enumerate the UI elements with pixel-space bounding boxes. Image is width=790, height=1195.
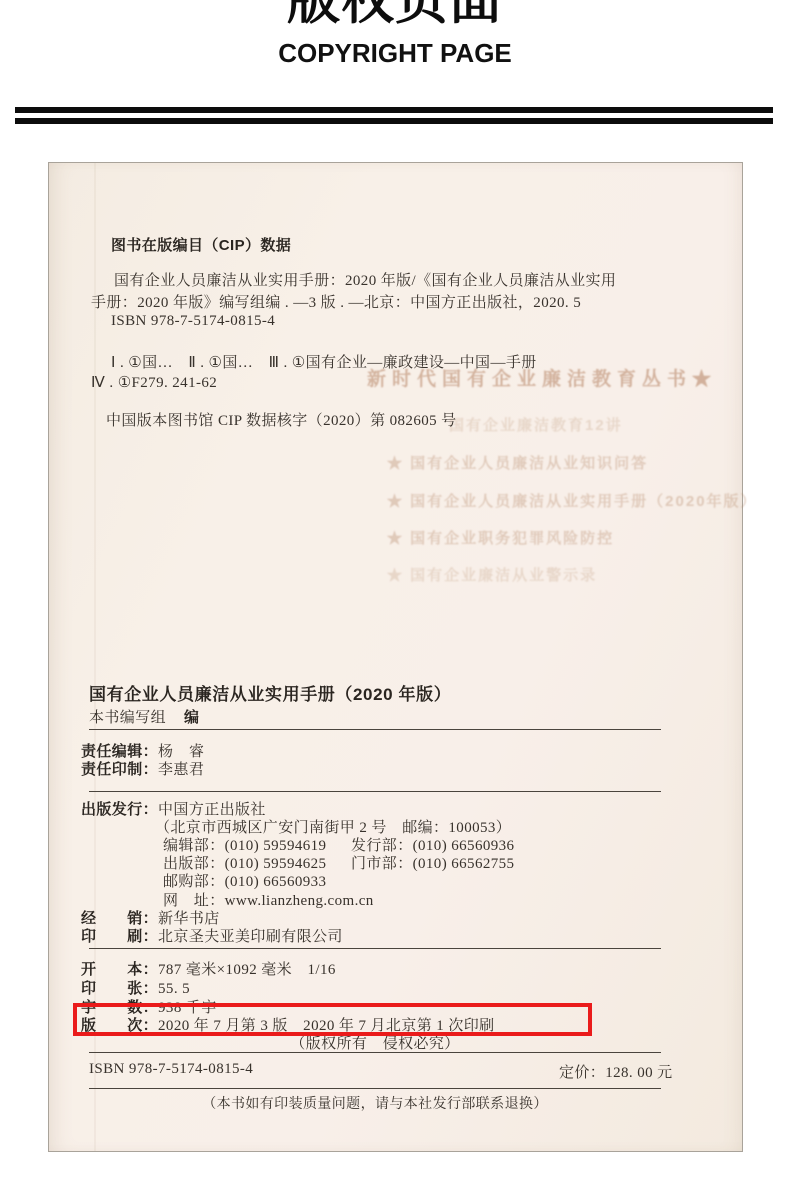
- price-value: 定价：128. 00 元: [559, 1061, 673, 1082]
- printer-value: 北京圣夫亚美印刷有限公司: [158, 929, 343, 945]
- isbn-number: ISBN 978-7-5174-0815-4: [89, 1061, 253, 1077]
- copyright-page-photo: 新时代国有企业廉洁教育丛书★ 国有企业廉洁教育12讲 ★ 国有企业人员廉洁从业知…: [48, 162, 743, 1152]
- ghost-line: ★ 国有企业人员廉洁从业知识问答: [387, 452, 648, 473]
- horizontal-rule: [89, 729, 661, 730]
- ghost-line: ★ 国有企业人员廉洁从业实用手册（2020年版）: [387, 490, 758, 511]
- page-title: 版权页面: [0, 0, 790, 29]
- format-value: 787 毫米×1092 毫米 1/16: [158, 962, 336, 978]
- horizontal-rule: [89, 791, 661, 792]
- cip-para-line2: 手册：2020 年版》编写组编 . —3 版 . —北京：中国方正出版社，202…: [91, 291, 581, 312]
- cip-heading: 图书在版编目（CIP）数据: [111, 234, 291, 255]
- cip-para-line1: 国有企业人员廉洁从业实用手册：2020 年版/《国有企业人员廉洁从业实用: [114, 269, 616, 290]
- ghost-line: ★ 国有企业职务犯罪风险防控: [387, 527, 614, 548]
- staff-label: 责任印制：: [81, 761, 158, 778]
- ghost-line: ★ 国有企业廉洁从业警示录: [387, 564, 597, 585]
- format-label: 开 本：: [81, 961, 158, 978]
- phone-mailorder: 邮购部：(010) 66560933: [163, 870, 326, 891]
- website-url: www.lianzheng.com.cn: [225, 893, 374, 909]
- page-subtitle: COPYRIGHT PAGE: [0, 38, 790, 69]
- book-title: 国有企业人员廉洁从业实用手册（2020 年版）: [89, 680, 451, 705]
- cip-class-line2: Ⅳ . ①F279. 241-62: [91, 373, 217, 392]
- cip-class-line1: Ⅰ . ①国… Ⅱ . ①国… Ⅲ . ①国有企业—廉政建设—中国—手册: [111, 351, 537, 372]
- horizontal-rule: [89, 948, 661, 949]
- horizontal-rule: [89, 1052, 661, 1053]
- edition-label: 版 次：: [81, 1017, 158, 1034]
- page-header: 版权页面 COPYRIGHT PAGE: [0, 0, 790, 135]
- edition-value: 2020 年 7 月第 3 版 2020 年 7 月北京第 1 次印刷: [158, 1018, 495, 1034]
- horizontal-rule: [89, 1088, 661, 1089]
- cip-isbn: ISBN 978-7-5174-0815-4: [111, 313, 275, 330]
- printer-label: 印 刷：: [81, 928, 158, 945]
- divider-bar-bottom: [15, 118, 773, 124]
- ghost-line: 国有企业廉洁教育12讲: [449, 414, 623, 435]
- quality-note: （本书如有印装质量问题，请与本社发行部联系退换）: [89, 1093, 661, 1113]
- sheets-value: 55. 5: [158, 981, 190, 997]
- book-author: 本书编写组: [89, 710, 166, 726]
- cip-record: 中国版本图书馆 CIP 数据核字（2020）第 082605 号: [106, 409, 457, 430]
- phone-retail: 门市部：(010) 66562755: [351, 852, 514, 873]
- divider-bar-top: [15, 107, 773, 113]
- staff-value: 李惠君: [158, 762, 204, 778]
- book-author-role: 编: [184, 709, 199, 726]
- publisher-label: 出版发行：: [81, 801, 158, 818]
- sheets-label: 印 张：: [81, 980, 158, 997]
